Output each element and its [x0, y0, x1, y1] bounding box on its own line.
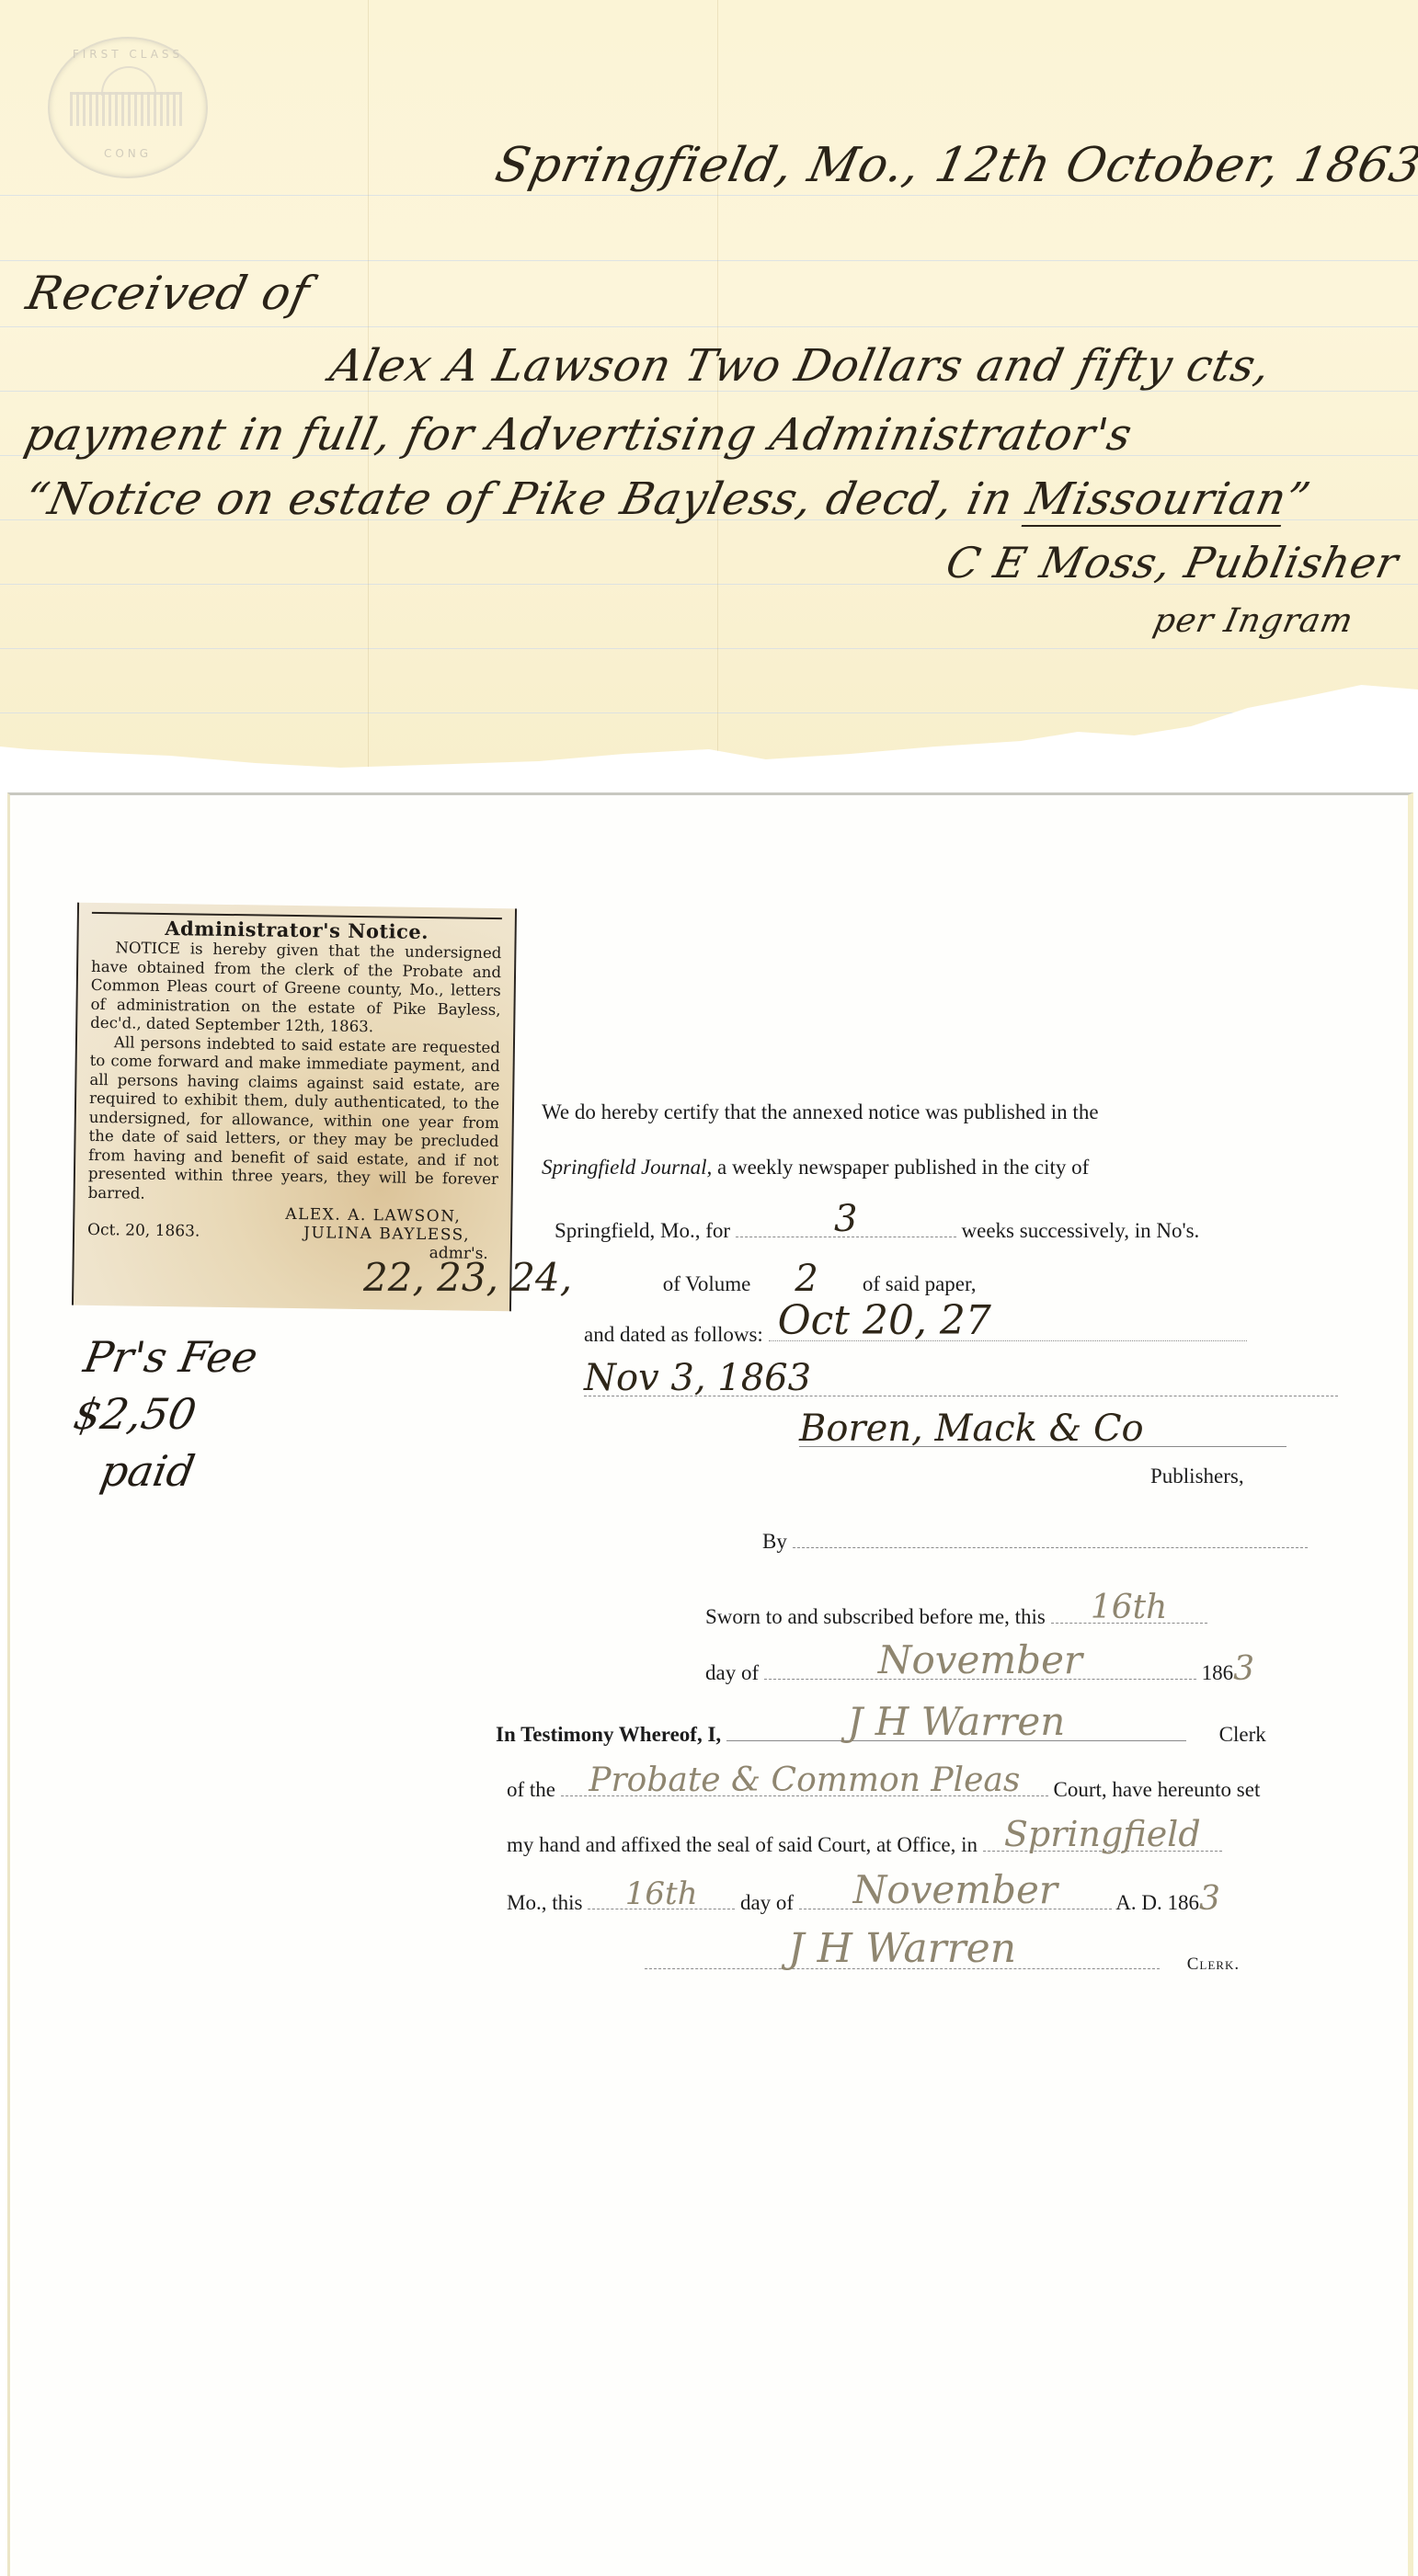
court-value: Probate & Common Pleas: [561, 1761, 1048, 1799]
cert-line-2: Springfield Journal, a weekly newspaper …: [542, 1156, 1089, 1180]
clerk-label: Clerk: [1219, 1723, 1266, 1746]
cert-newspaper-name: Springfield Journal,: [542, 1156, 712, 1179]
clerk-signature: J H Warren: [645, 1925, 1160, 1972]
dates-field-1[interactable]: Oct 20, 27: [769, 1315, 1247, 1341]
clerk-signature-field[interactable]: J H Warren: [645, 1943, 1160, 1969]
cert-line-1: We do hereby certify that the annexed no…: [542, 1100, 1099, 1124]
receipt-line-1: Alex A Lawson Two Dollars and fifty cts,: [326, 340, 1275, 392]
cert-line-3-suffix: weeks successively, in No's.: [962, 1219, 1200, 1242]
cert-line-4: 22, 23, 24, of Volume 2 of said paper,: [363, 1255, 977, 1300]
receipt-received-of: Received of: [22, 267, 315, 320]
fee-margin-note: Pr's Fee $2,50 paid: [60, 1328, 262, 1499]
of-the-label: of the: [507, 1778, 555, 1801]
receipt-newspaper-name: Missourian: [1022, 473, 1292, 527]
clerk-caps-label: Clerk.: [1187, 1955, 1240, 1974]
margin-note-line-1: Pr's Fee: [79, 1328, 262, 1385]
by-field[interactable]: [793, 1522, 1308, 1548]
receipt-sheet: FIRST CLASS CONG Springfield, Mo., 12th …: [0, 0, 1418, 772]
office-value: Springfield: [983, 1814, 1222, 1854]
sworn-year-value: 3: [1233, 1650, 1254, 1688]
ruled-line: [0, 260, 1418, 261]
by-label: By: [762, 1530, 787, 1553]
publishers-signature: Boren, Mack & Co: [799, 1408, 1286, 1450]
receipt-line-3-prefix: “Notice on estate of Pike Bayless, decd,…: [20, 473, 1033, 525]
publishers-signature-field[interactable]: Boren, Mack & Co: [799, 1420, 1286, 1447]
court-field[interactable]: Probate & Common Pleas: [561, 1770, 1048, 1796]
numbers-value: 22, 23, 24,: [363, 1255, 612, 1300]
receipt-line-2: payment in full, for Advertising Adminis…: [20, 409, 1137, 461]
seal-top-text: FIRST CLASS: [50, 48, 206, 61]
testimony-label: In Testimony Whereof, I,: [496, 1723, 721, 1746]
sworn-label: Sworn to and subscribed before me, this: [705, 1605, 1046, 1628]
test-month-field[interactable]: November: [799, 1883, 1112, 1909]
cert-line-3-prefix: Springfield, Mo., for: [555, 1219, 730, 1242]
sworn-year-prefix: 186: [1202, 1661, 1234, 1684]
clerk-name-value: J H Warren: [726, 1699, 1186, 1744]
test-day-of-label: day of: [740, 1891, 794, 1914]
volume-suffix: of said paper,: [863, 1272, 977, 1295]
dated-label: and dated as follows:: [584, 1323, 763, 1346]
publishers-label: Publishers,: [1150, 1465, 1244, 1488]
testimony-date-line: Mo., this 16th day of November A. D. 186…: [507, 1880, 1220, 1918]
hand-line-text: my hand and affixed the seal of said Cou…: [507, 1833, 978, 1856]
sworn-month-field[interactable]: November: [764, 1653, 1196, 1680]
hand-line: my hand and affixed the seal of said Cou…: [507, 1825, 1222, 1857]
seal-bottom-text: CONG: [50, 147, 206, 160]
clipping-paragraph-1: NOTICE is hereby given that the undersig…: [90, 939, 501, 1039]
ad-label: A. D. 186: [1115, 1891, 1199, 1914]
receipt-date-line: Springfield, Mo., 12th October, 1863: [491, 138, 1418, 193]
certificate-sheet: Administrator's Notice. NOTICE is hereby…: [7, 792, 1413, 2576]
office-field[interactable]: Springfield: [983, 1825, 1222, 1852]
cert-line-6: Nov 3, 1863: [584, 1370, 1338, 1402]
test-day-value: 16th: [588, 1875, 735, 1912]
ruled-line: [0, 648, 1418, 649]
clerk-name-field[interactable]: J H Warren: [726, 1715, 1186, 1741]
ruled-line: [0, 712, 1418, 713]
mo-this-label: Mo., this: [507, 1891, 582, 1914]
ruled-line: [0, 326, 1418, 327]
margin-note-line-3: paid: [60, 1442, 243, 1499]
sworn-line: Sworn to and subscribed before me, this …: [705, 1597, 1207, 1629]
receipt-line-3: “Notice on estate of Pike Bayless, decd,…: [20, 473, 1315, 525]
receipt-per-signature: per Ingram: [1150, 602, 1357, 640]
weeks-field[interactable]: 3: [736, 1211, 956, 1237]
cert-by-line: By: [762, 1522, 1308, 1554]
dates-field-2[interactable]: Nov 3, 1863: [584, 1370, 1338, 1396]
cert-line-2-rest: a weekly newspaper published in the city…: [712, 1156, 1089, 1179]
test-month-value: November: [799, 1867, 1112, 1912]
seal-building-icon: [70, 92, 182, 126]
clipping-paragraph-2: All persons indebted to said estate are …: [88, 1032, 501, 1208]
volume-label: of Volume: [663, 1272, 751, 1295]
embossed-seal-icon: FIRST CLASS CONG: [48, 37, 208, 178]
cert-line-3: Springfield, Mo., for 3 weeks successive…: [555, 1211, 1199, 1243]
sworn-day-value: 16th: [1051, 1589, 1207, 1626]
clipping-signer-2: JULINA BAYLESS,: [303, 1224, 497, 1245]
cert-line-7: Boren, Mack & Co: [799, 1420, 1286, 1453]
newspaper-clipping: Administrator's Notice. NOTICE is hereby…: [72, 903, 517, 1312]
clipping-date: Oct. 20, 1863.: [87, 1221, 200, 1241]
test-day-field[interactable]: 16th: [588, 1883, 735, 1909]
cert-line-5: and dated as follows: Oct 20, 27: [584, 1315, 1247, 1347]
ruled-line: [0, 195, 1418, 196]
sworn-month-value: November: [764, 1637, 1196, 1682]
sworn-month-line: day of November 1863: [705, 1650, 1254, 1688]
court-suffix: Court, have hereunto set: [1054, 1778, 1261, 1801]
volume-value: 2: [756, 1258, 857, 1300]
receipt-publisher-signature: C E Moss, Publisher: [942, 538, 1403, 587]
clerk-signature-line: J H Warren Clerk.: [645, 1943, 1240, 1975]
day-of-label: day of: [705, 1661, 759, 1684]
dates-value-2: Nov 3, 1863: [584, 1357, 1338, 1399]
court-line: of the Probate & Common Pleas Court, hav…: [507, 1770, 1260, 1802]
weeks-value: 3: [736, 1198, 956, 1240]
sworn-day-field[interactable]: 16th: [1051, 1597, 1207, 1624]
testimony-line: In Testimony Whereof, I, J H Warren Cler…: [496, 1715, 1266, 1747]
margin-note-line-2: $2,50: [70, 1385, 253, 1442]
dates-value-1: Oct 20, 27: [769, 1297, 1247, 1344]
test-year-value: 3: [1199, 1880, 1220, 1918]
